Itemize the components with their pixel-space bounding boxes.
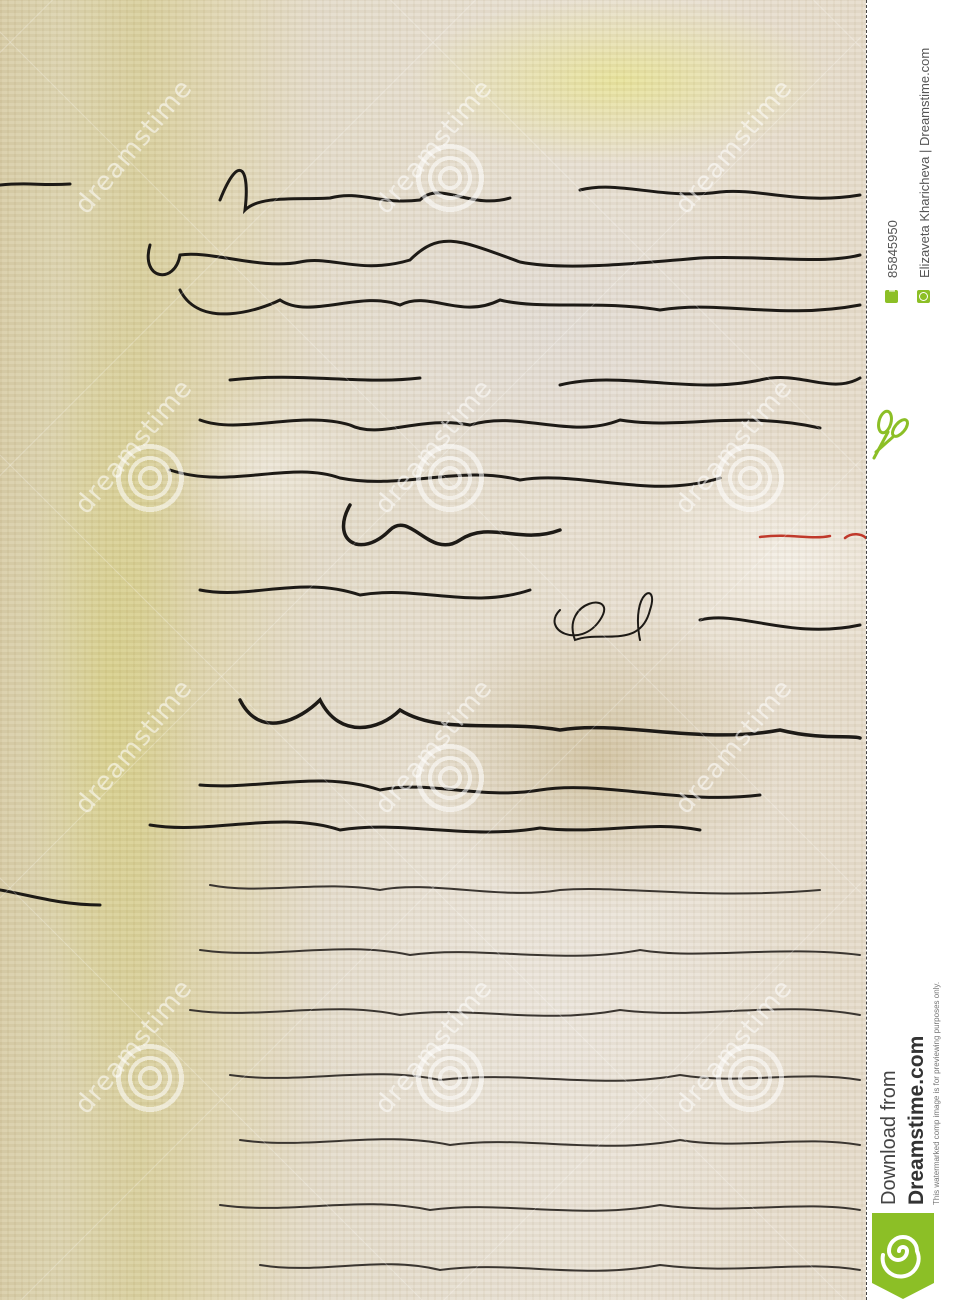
copyright-icon xyxy=(917,290,930,303)
stock-photo: dreamstime dreamstime dreamstime dreamst… xyxy=(0,0,866,1300)
photographer-credit: Elizaveta Kharicheva | Dreamstime.com xyxy=(917,48,932,278)
dreamstime-brand-label: Dreamstime.com xyxy=(905,1036,929,1205)
watermark-disclaimer: This watermarked comp image is for previ… xyxy=(932,982,941,1205)
download-from-label: Download from xyxy=(878,1070,901,1205)
id-label: ID xyxy=(888,284,897,292)
id-badge-icon: ID xyxy=(885,290,898,303)
image-id: 85845950 xyxy=(885,220,900,278)
dreamstime-spiral-icon xyxy=(868,1213,938,1300)
scissors-icon xyxy=(870,408,910,468)
crop-divider xyxy=(866,0,867,1300)
stock-info-sidebar: ID 85845950 Elizaveta Kharicheva | Dream… xyxy=(868,0,957,1300)
